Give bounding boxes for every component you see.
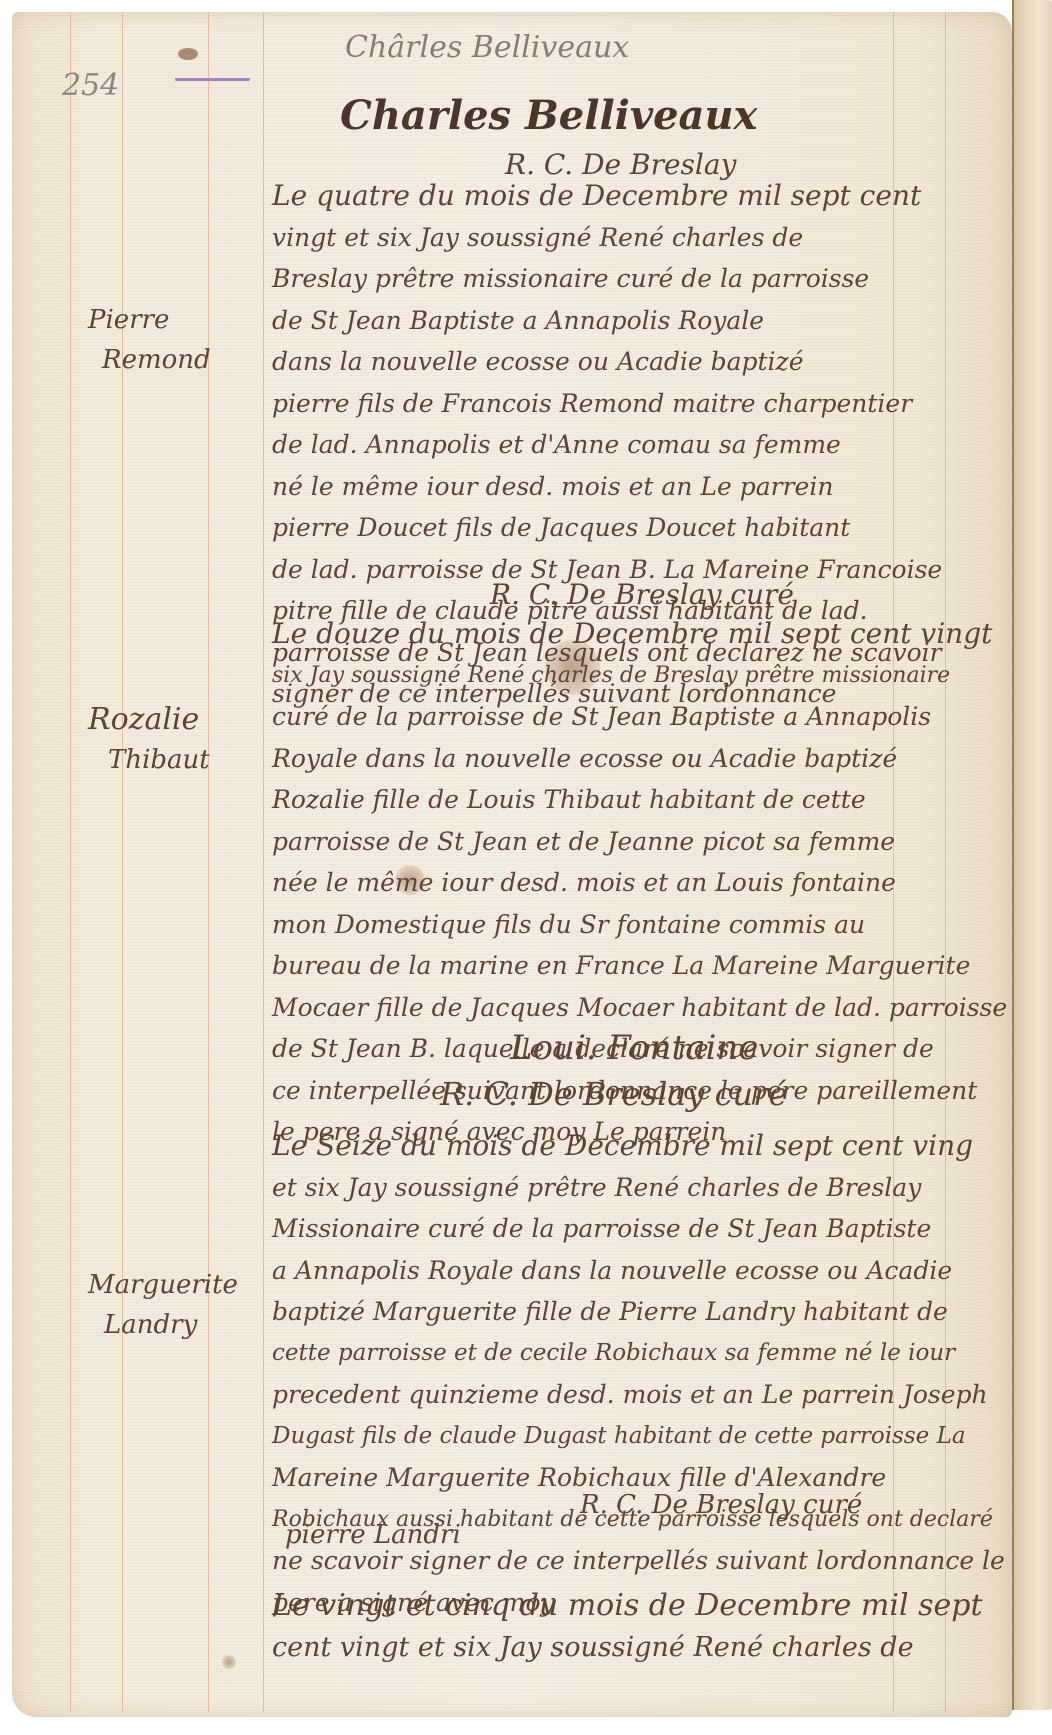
entry-line: Dugast fils de claude Dugast habitant de… [272,1416,992,1458]
margin-given-name: Rozalie [88,700,248,740]
entry-line: curé de la parroisse de St Jean Baptiste… [272,696,992,738]
entry-line: Mocaer fille de Jacques Mocaer habitant … [272,987,992,1029]
baptism-entry-4: Le vingt et cinq du mois de Decembre mil… [272,1585,992,1668]
ruling-line [122,12,123,1712]
entry-line: dans la nouvelle ecosse ou Acadie baptiz… [272,341,992,383]
entry-line: née le même iour desd. mois et an Louis … [272,862,992,904]
entry-line: de St Jean Baptiste a Annapolis Royale [272,300,992,342]
entry-line: Royale dans la nouvelle ecosse ou Acadie… [272,738,992,780]
margin-name-entry-1: Pierre Remond [88,300,248,380]
margin-surname: Remond [88,340,248,380]
entry-line: mon Domestique fils du Sr fontaine commi… [272,904,992,946]
entry-line: cette parroisse et de cecile Robichaux s… [272,1333,992,1375]
margin-given-name: Marguerite [88,1265,248,1305]
ink-stain [222,1655,236,1669]
baptism-entry-2: Le douze du mois de Decembre mil sept ce… [272,613,992,1153]
entry-line: parroisse de St Jean et de Jeanne picot … [272,821,992,863]
priest-signature-entry-3: R. C. De Breslay curé [580,1490,862,1520]
entry-line: de lad. Annapolis et d'Anne comau sa fem… [272,424,992,466]
entry-line: Breslay prêtre missionaire curé de la pa… [272,258,992,300]
entry-line: baptizé Marguerite fille de Pierre Landr… [272,1291,992,1333]
margin-surname: Thibaut [88,740,248,780]
ink-blot [178,48,198,60]
ruling-line [263,12,264,1712]
entry-line: pierre Doucet fils de Jacques Doucet hab… [272,507,992,549]
entry-line: six Jay soussigné René charles de Bresla… [272,655,992,697]
margin-given-name: Pierre [88,300,248,340]
entry-line: Rozalie fille de Louis Thibaut habitant … [272,779,992,821]
priest-signature-entry-1: R. C. De Breslay curé [490,578,794,611]
priest-signature-entry-2: R. C. De Breslay curé [440,1075,787,1113]
margin-name-entry-3: Marguerite Landry [88,1265,248,1345]
entry-line: a Annapolis Royale dans la nouvelle ecos… [272,1250,992,1292]
entry-line: Le quatre du mois de Decembre mil sept c… [272,175,992,217]
entry-line: pierre fils de Francois Remond maitre ch… [272,383,992,425]
entry-line: Le vingt et cinq du mois de Decembre mil… [272,1585,992,1627]
ruling-line [70,12,71,1712]
entry-line: Missionaire curé de la parroisse de St J… [272,1208,992,1250]
margin-name-entry-2: Rozalie Thibaut [88,700,248,780]
pencil-title: Chârles Belliveaux [345,30,629,65]
book-spine-edge [1012,0,1052,1710]
godfather-signature-entry-2: Loui. Fontaine [510,1028,758,1068]
entry-line: Le Seize du mois de Decembre mil sept ce… [272,1125,992,1167]
entry-line: né le même iour desd. mois et an Le parr… [272,466,992,508]
margin-surname: Landry [88,1305,248,1345]
ruling-line [208,12,209,1712]
entry-line: Le douze du mois de Decembre mil sept ce… [272,613,992,655]
entry-line: precedent quinzieme desd. mois et an Le … [272,1374,992,1416]
entry-line: cent vingt et six Jay soussigné René cha… [272,1627,992,1669]
father-signature-entry-3: pierre Landri [285,1520,461,1550]
purple-pencil-mark [175,78,250,81]
entry-line: bureau de la marine en France La Mareine… [272,945,992,987]
entry-line: et six Jay soussigné prêtre René charles… [272,1167,992,1209]
ink-title: Charles Belliveaux [340,92,757,139]
page-number: 254 [62,68,119,103]
entry-line: vingt et six Jay soussigné René charles … [272,217,992,259]
